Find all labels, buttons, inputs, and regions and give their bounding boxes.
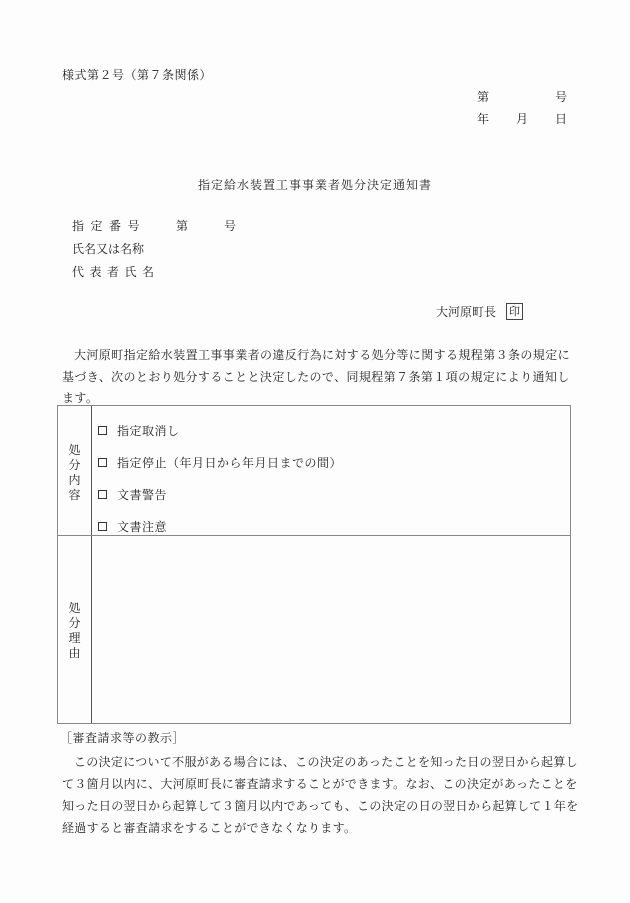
label-char: 由 xyxy=(58,646,91,661)
label-char: 分 xyxy=(58,616,91,631)
checkbox-icon[interactable] xyxy=(98,522,107,531)
appeal-notice-heading: ［審査請求等の教示］ xyxy=(60,729,185,746)
option-label: 指定取消し xyxy=(117,422,180,439)
date-day: 日 xyxy=(555,110,567,127)
option-written-caution[interactable]: 文書注意 xyxy=(98,510,342,542)
label-char: 分 xyxy=(58,458,91,473)
label-char: 処 xyxy=(58,443,91,458)
label-char: 内 xyxy=(58,473,91,488)
checkbox-icon[interactable] xyxy=(98,458,107,467)
document-title: 指定給水装置工事事業者処分決定通知書 xyxy=(0,176,630,193)
date-year: 年 xyxy=(477,110,489,127)
document-number-suffix: 号 xyxy=(555,88,567,105)
option-written-warning[interactable]: 文書警告 xyxy=(98,478,342,510)
designation-suffix: 号 xyxy=(224,217,236,234)
document-date: 年 月 日 xyxy=(477,110,567,127)
disposition-table: 処 分 内 容 指定取消し 指定停止（年月日から年月日までの間） 文書警告 文書… xyxy=(57,405,571,724)
document-number-prefix: 第 xyxy=(477,88,489,105)
column-divider xyxy=(91,406,92,723)
seal-stamp: 印 xyxy=(506,303,523,320)
disposition-reason-label: 処 分 理 由 xyxy=(58,601,91,661)
label-char: 容 xyxy=(58,488,91,503)
disposition-reason-field[interactable] xyxy=(98,542,562,715)
disposition-content-label: 処 分 内 容 xyxy=(58,443,91,503)
designation-prefix: 第 xyxy=(176,217,188,234)
option-revocation[interactable]: 指定取消し xyxy=(98,414,342,446)
representative-label: 代表者氏名 xyxy=(72,263,162,280)
designation-number-label: 指定番号 xyxy=(72,217,162,234)
representative-row: 代表者氏名 xyxy=(72,263,162,280)
name-row: 氏名又は名称 xyxy=(72,240,162,257)
appeal-notice-body: この決定について不服がある場合には、この決定のあったことを知った日の翌日から起算… xyxy=(62,751,582,839)
issuer-name: 大河原町長 xyxy=(436,303,496,320)
disposition-options: 指定取消し 指定停止（年月日から年月日までの間） 文書警告 文書注意 xyxy=(98,414,342,542)
issuer: 大河原町長 印 xyxy=(436,303,523,320)
label-char: 理 xyxy=(58,631,91,646)
label-char: 処 xyxy=(58,601,91,616)
option-label: 文書警告 xyxy=(117,486,167,503)
name-label: 氏名又は名称 xyxy=(72,240,162,257)
checkbox-icon[interactable] xyxy=(98,490,107,499)
document-number: 第 号 xyxy=(477,88,567,105)
option-label: 文書注意 xyxy=(117,518,167,535)
checkbox-icon[interactable] xyxy=(98,426,107,435)
date-month: 月 xyxy=(516,110,528,127)
designation-number-field: 第 号 xyxy=(176,217,236,234)
form-number: 様式第２号（第７条関係） xyxy=(62,66,212,83)
intro-paragraph: 大河原町指定給水装置工事事業者の違反行為に対する処分等に関する規程第３条の規定に… xyxy=(62,345,577,410)
designation-number-row: 指定番号 第 号 xyxy=(72,217,236,234)
option-suspension[interactable]: 指定停止（年月日から年月日までの間） xyxy=(98,446,342,478)
option-label: 指定停止（年月日から年月日までの間） xyxy=(117,454,342,471)
